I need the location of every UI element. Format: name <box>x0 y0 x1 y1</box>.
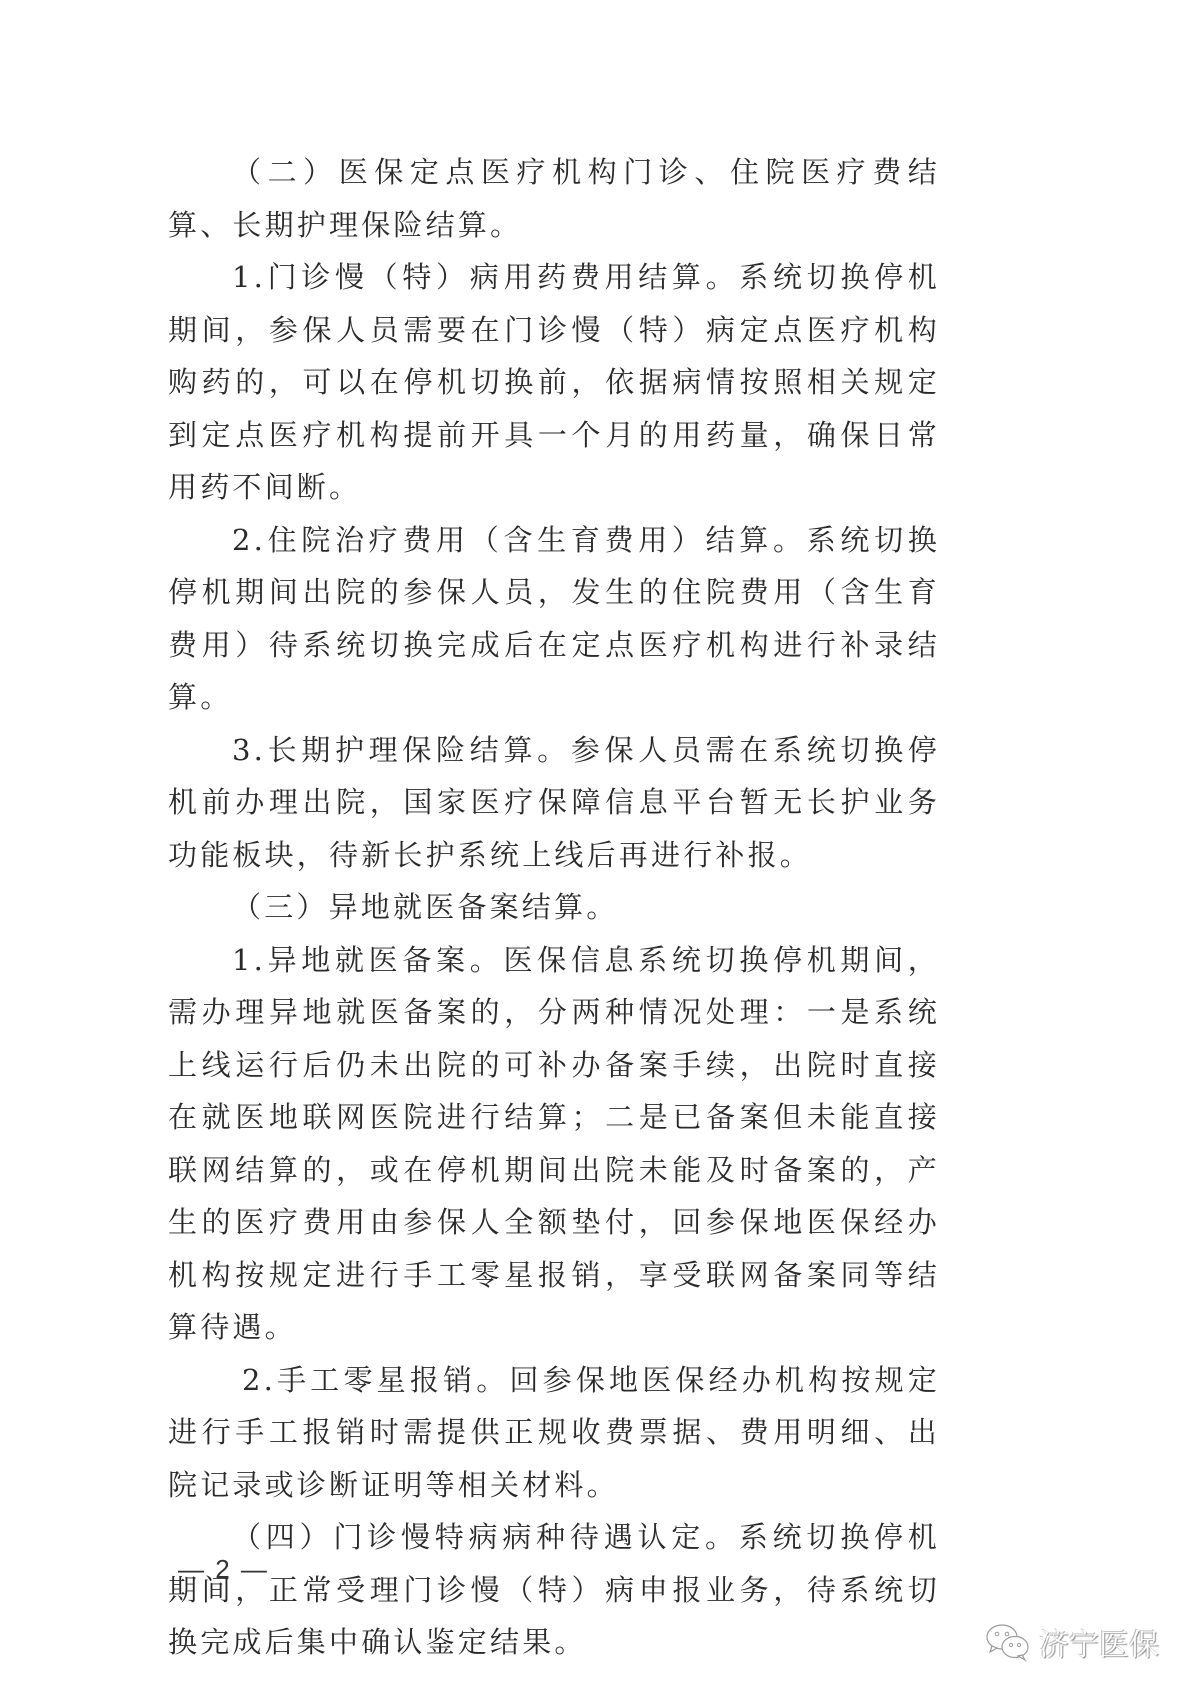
paragraph-manual-reimbursement: 2.手工零星报销。回参保地医保经办机构按规定进行手工报销时需提供正规收费票据、费… <box>168 1354 940 1512</box>
page-number: — 2 — <box>178 1554 269 1585</box>
section-heading-2: （二）医保定点医疗机构门诊、住院医疗费结算、长期护理保险结算。 <box>168 146 940 251</box>
document-page: （二）医保定点医疗机构门诊、住院医疗费结算、长期护理保险结算。 1.门诊慢（特）… <box>0 0 1200 1697</box>
paragraph-inpatient-settlement: 2.住院治疗费用（含生育费用）结算。系统切换停机期间出院的参保人员，发生的住院费… <box>168 514 940 724</box>
paragraph-long-term-care-settlement: 3.长期护理保险结算。参保人员需在系统切换停机前办理出院，国家医疗保障信息平台暂… <box>168 724 940 882</box>
document-body: （二）医保定点医疗机构门诊、住院医疗费结算、长期护理保险结算。 1.门诊慢（特）… <box>168 146 940 1669</box>
section-chronic-disease-certification: （四）门诊慢特病病种待遇认定。系统切换停机期间，正常受理门诊慢（特）病申报业务，… <box>168 1511 940 1669</box>
section-heading-3: （三）异地就医备案结算。 <box>168 881 940 934</box>
watermark-text: 济宁医保 <box>1039 1620 1159 1664</box>
wechat-icon <box>985 1622 1031 1662</box>
paragraph-remote-medical-filing: 1.异地就医备案。医保信息系统切换停机期间，需办理异地就医备案的，分两种情况处理… <box>168 934 940 1354</box>
paragraph-outpatient-chronic-settlement: 1.门诊慢（特）病用药费用结算。系统切换停机期间，参保人员需要在门诊慢（特）病定… <box>168 251 940 514</box>
watermark: 济宁医保 <box>985 1620 1159 1664</box>
